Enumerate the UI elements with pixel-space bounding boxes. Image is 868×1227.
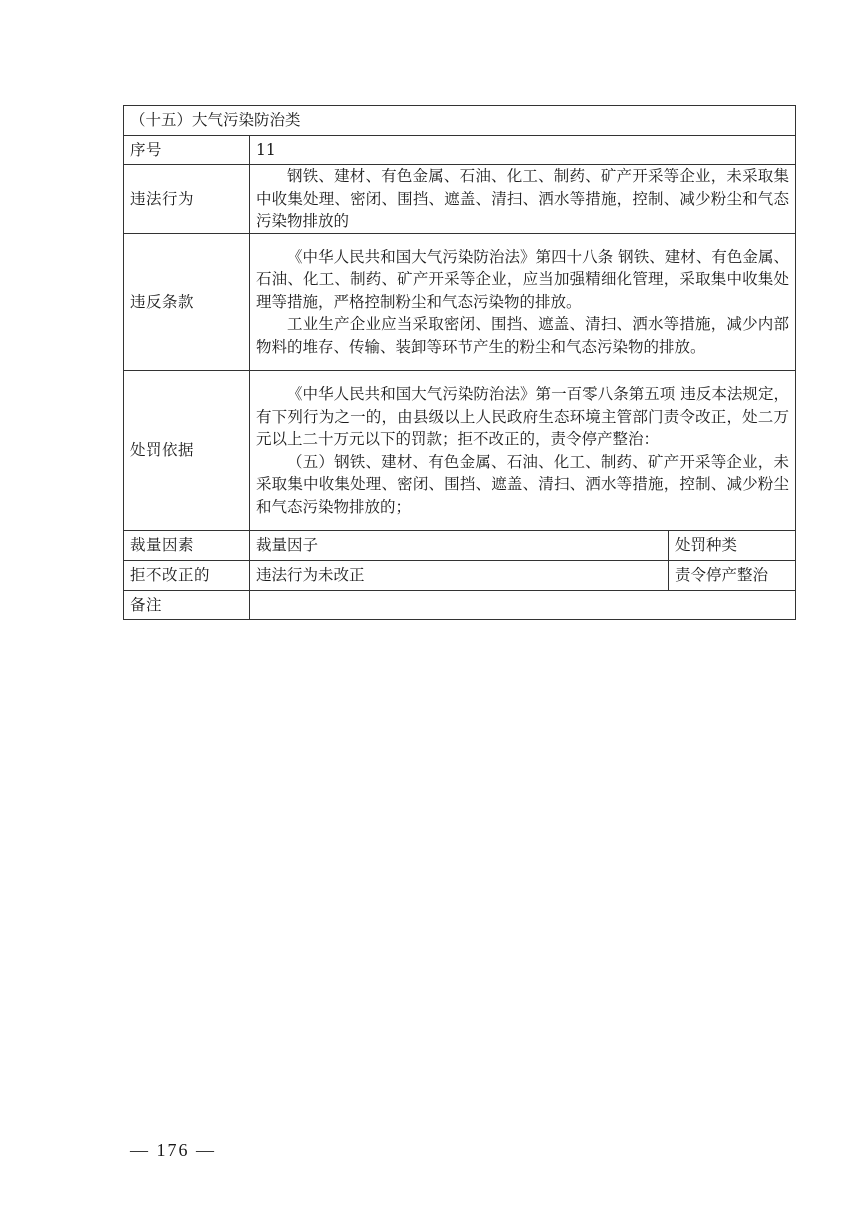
note-label: 备注 bbox=[124, 591, 250, 620]
page-number: — 176 — bbox=[130, 1140, 216, 1161]
document-page: （十五）大气污染防治类 序号 11 违法行为 钢铁、建材、有色金属、石油、化工、… bbox=[0, 0, 868, 1227]
clause-content: 《中华人民共和国大气污染防治法》第四十八条 钢铁、建材、有色金属、石油、化工、制… bbox=[250, 234, 796, 371]
factor-header: 裁量因子 bbox=[250, 531, 669, 561]
basis-paragraph: （五）钢铁、建材、有色金属、石油、化工、制药、矿产开采等企业，未采取集中收集处理… bbox=[256, 451, 789, 519]
penalty-type-header: 处罚种类 bbox=[669, 531, 796, 561]
seq-value: 11 bbox=[250, 136, 796, 165]
refuse-factor: 违法行为未改正 bbox=[250, 561, 669, 591]
refuse-row: 拒不改正的 违法行为未改正 责令停产整治 bbox=[124, 561, 796, 591]
refuse-label: 拒不改正的 bbox=[124, 561, 250, 591]
basis-paragraph: 《中华人民共和国大气污染防治法》第一百零八条第五项 违反本法规定， 有下列行为之… bbox=[256, 383, 789, 451]
note-value bbox=[250, 591, 796, 620]
violation-row: 违法行为 钢铁、建材、有色金属、石油、化工、制药、矿产开采等企业，未采取集中收集… bbox=[124, 165, 796, 234]
basis-row: 处罚依据 《中华人民共和国大气污染防治法》第一百零八条第五项 违反本法规定， 有… bbox=[124, 371, 796, 531]
clause-paragraph: 工业生产企业应当采取密闭、围挡、遮盖、清扫、洒水等措施，减少内部物料的堆存、传输… bbox=[256, 313, 789, 358]
refuse-penalty: 责令停产整治 bbox=[669, 561, 796, 591]
section-title: （十五）大气污染防治类 bbox=[124, 106, 796, 136]
seq-label: 序号 bbox=[124, 136, 250, 165]
note-row: 备注 bbox=[124, 591, 796, 620]
seq-row: 序号 11 bbox=[124, 136, 796, 165]
factor-label: 裁量因素 bbox=[124, 531, 250, 561]
violation-label: 违法行为 bbox=[124, 165, 250, 234]
factor-header-row: 裁量因素 裁量因子 处罚种类 bbox=[124, 531, 796, 561]
violation-paragraph: 钢铁、建材、有色金属、石油、化工、制药、矿产开采等企业，未采取集中收集处理、密闭… bbox=[256, 165, 789, 233]
clause-paragraph: 《中华人民共和国大气污染防治法》第四十八条 钢铁、建材、有色金属、石油、化工、制… bbox=[256, 246, 789, 314]
violation-content: 钢铁、建材、有色金属、石油、化工、制药、矿产开采等企业，未采取集中收集处理、密闭… bbox=[250, 165, 796, 234]
basis-content: 《中华人民共和国大气污染防治法》第一百零八条第五项 违反本法规定， 有下列行为之… bbox=[250, 371, 796, 531]
penalty-discretion-table: （十五）大气污染防治类 序号 11 违法行为 钢铁、建材、有色金属、石油、化工、… bbox=[123, 105, 796, 620]
basis-label: 处罚依据 bbox=[124, 371, 250, 531]
clause-label: 违反条款 bbox=[124, 234, 250, 371]
clause-row: 违反条款 《中华人民共和国大气污染防治法》第四十八条 钢铁、建材、有色金属、石油… bbox=[124, 234, 796, 371]
section-title-row: （十五）大气污染防治类 bbox=[124, 106, 796, 136]
